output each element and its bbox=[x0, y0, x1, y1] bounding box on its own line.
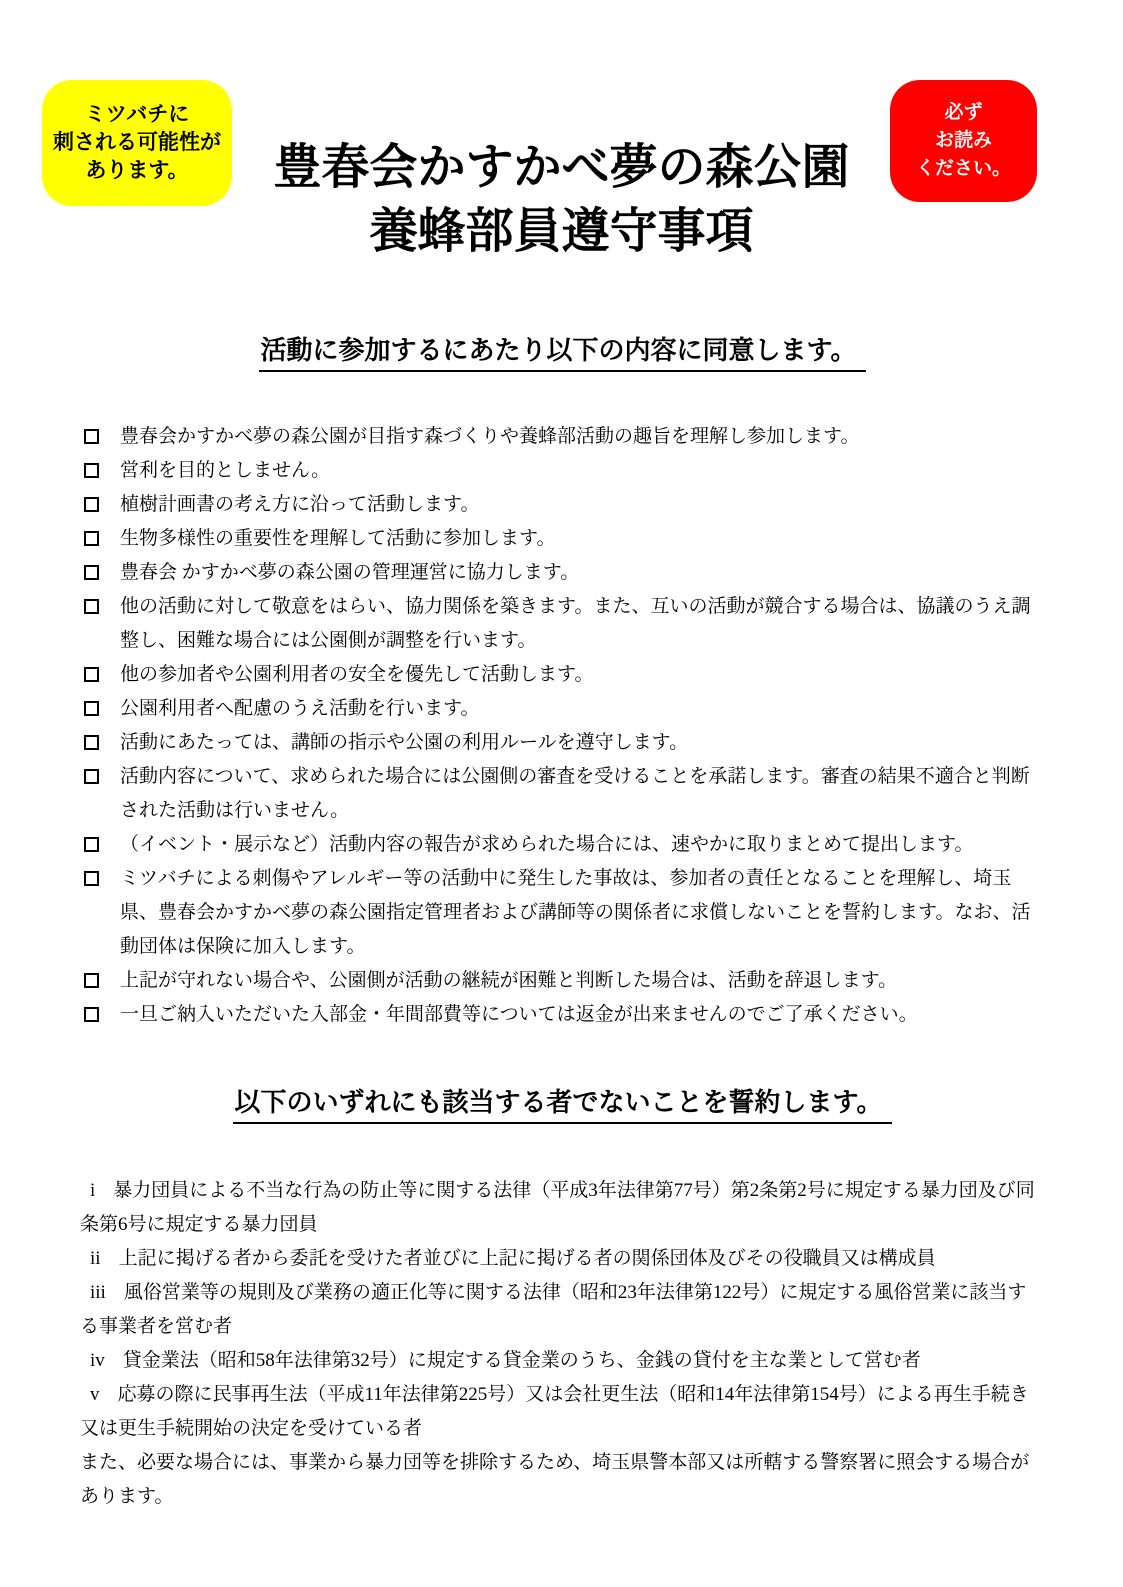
agreement-item-text: 公園利用者へ配慮のうえ活動を行います。 bbox=[120, 692, 1045, 726]
agreement-item: 営利を目的としません。 bbox=[80, 454, 1045, 488]
pledge-item-text: 貸金業法（昭和58年法律第32号）に規定する貸金業のうち、金銭の貸付を主な業とし… bbox=[123, 1350, 921, 1371]
pledge-item: ii上記に掲げる者から委託を受けた者並びに上記に掲げる者の関係団体及びその役職員… bbox=[80, 1242, 1045, 1276]
document-title-line2: 養蜂部員遵守事項 bbox=[0, 200, 1123, 264]
notice-badge-line: 必ず bbox=[944, 99, 982, 127]
agreement-item-text: 他の活動に対して敬意をはらい、協力関係を築きます。また、互いの活動が競合する場合… bbox=[120, 590, 1045, 658]
agreement-item-text: 活動内容について、求められた場合には公園側の審査を受けることを承諾します。審査の… bbox=[120, 760, 1045, 828]
pledge-heading-text: 以下のいずれにも該当する者でないことを誓約します。 bbox=[233, 1082, 893, 1124]
pledge-footnote: また、必要な場合には、事業から暴力団等を排除するため、埼玉県警本部又は所轄する警… bbox=[80, 1446, 1045, 1514]
agreement-item: 一旦ご納入いただいた入部金・年間部費等については返金が出来ませんのでご了承くださ… bbox=[80, 998, 1045, 1032]
agreement-item: 生物多様性の重要性を理解して活動に参加します。 bbox=[80, 522, 1045, 556]
notice-badge-line: ください。 bbox=[916, 155, 1011, 183]
pledge-item-numeral: i bbox=[80, 1180, 95, 1201]
document-body: 活動に参加するにあたり以下の内容に同意します。 豊春会かすかべ夢の森公園が目指す… bbox=[0, 330, 1123, 1514]
warning-badge-line: ミツバチに bbox=[85, 101, 190, 129]
checkbox-icon[interactable] bbox=[84, 837, 99, 852]
pledge-item-text: 応募の際に民事再生法（平成11年法律第225号）又は会社更生法（昭和14年法律第… bbox=[80, 1384, 1029, 1439]
agreement-checklist: 豊春会かすかべ夢の森公園が目指す森づくりや養蜂部活動の趣旨を理解し参加します。 … bbox=[80, 420, 1045, 1032]
bee-sting-warning-badge: ミツバチに 刺される可能性が あります。 bbox=[42, 80, 232, 206]
pledge-item-numeral: v bbox=[80, 1384, 100, 1405]
notice-badge-line: お読み bbox=[935, 127, 992, 155]
must-read-badge: 必ず お読み ください。 bbox=[890, 80, 1037, 202]
checkbox-icon[interactable] bbox=[84, 429, 99, 444]
checkbox-icon[interactable] bbox=[84, 1007, 99, 1022]
pledge-item-numeral: iv bbox=[80, 1350, 105, 1371]
pledge-item-numeral: ii bbox=[80, 1248, 101, 1269]
agreement-item-text: 豊春会かすかべ夢の森公園が目指す森づくりや養蜂部活動の趣旨を理解し参加します。 bbox=[120, 420, 1045, 454]
checkbox-icon[interactable] bbox=[84, 973, 99, 988]
agreement-heading-text: 活動に参加するにあたり以下の内容に同意します。 bbox=[259, 330, 867, 372]
agreement-item: 豊春会かすかべ夢の森公園が目指す森づくりや養蜂部活動の趣旨を理解し参加します。 bbox=[80, 420, 1045, 454]
agreement-item-text: 植樹計画書の考え方に沿って活動します。 bbox=[120, 488, 1045, 522]
agreement-item-text: 一旦ご納入いただいた入部金・年間部費等については返金が出来ませんのでご了承くださ… bbox=[120, 998, 1045, 1032]
agreement-item: 植樹計画書の考え方に沿って活動します。 bbox=[80, 488, 1045, 522]
agreement-item-text: 豊春会 かすかべ夢の森公園の管理運営に協力します。 bbox=[120, 556, 1045, 590]
checkbox-icon[interactable] bbox=[84, 871, 99, 886]
warning-badge-line: あります。 bbox=[85, 157, 188, 185]
document-page: ミツバチに 刺される可能性が あります。 必ず お読み ください。 豊春会かすか… bbox=[0, 0, 1123, 1587]
pledge-section-heading: 以下のいずれにも該当する者でないことを誓約します。 bbox=[80, 1082, 1045, 1124]
agreement-item-text: （イベント・展示など）活動内容の報告が求められた場合には、速やかに取りまとめて提… bbox=[120, 828, 1045, 862]
agreement-item-text: ミツバチによる刺傷やアレルギー等の活動中に発生した事故は、参加者の責任となること… bbox=[120, 862, 1045, 964]
checkbox-icon[interactable] bbox=[84, 599, 99, 614]
checkbox-icon[interactable] bbox=[84, 463, 99, 478]
agreement-item: 公園利用者へ配慮のうえ活動を行います。 bbox=[80, 692, 1045, 726]
agreement-item-text: 営利を目的としません。 bbox=[120, 454, 1045, 488]
checkbox-icon[interactable] bbox=[84, 769, 99, 784]
agreement-item-text: 活動にあたっては、講師の指示や公園の利用ルールを遵守します。 bbox=[120, 726, 1045, 760]
agreement-item: 上記が守れない場合や、公園側が活動の継続が困難と判断した場合は、活動を辞退します… bbox=[80, 964, 1045, 998]
pledge-item-text: 上記に掲げる者から委託を受けた者並びに上記に掲げる者の関係団体及びその役職員又は… bbox=[119, 1248, 936, 1269]
agreement-item: （イベント・展示など）活動内容の報告が求められた場合には、速やかに取りまとめて提… bbox=[80, 828, 1045, 862]
pledge-list: i暴力団員による不当な行為の防止等に関する法律（平成3年法律第77号）第2条第2… bbox=[80, 1174, 1045, 1514]
agreement-item: 活動内容について、求められた場合には公園側の審査を受けることを承諾します。審査の… bbox=[80, 760, 1045, 828]
agreement-item: 活動にあたっては、講師の指示や公園の利用ルールを遵守します。 bbox=[80, 726, 1045, 760]
pledge-item: iv貸金業法（昭和58年法律第32号）に規定する貸金業のうち、金銭の貸付を主な業… bbox=[80, 1344, 1045, 1378]
agreement-item-text: 上記が守れない場合や、公園側が活動の継続が困難と判断した場合は、活動を辞退します… bbox=[120, 964, 1045, 998]
agreement-item-text: 他の参加者や公園利用者の安全を優先して活動します。 bbox=[120, 658, 1045, 692]
checkbox-icon[interactable] bbox=[84, 497, 99, 512]
warning-badge-line: 刺される可能性が bbox=[53, 129, 221, 157]
agreement-item: 他の活動に対して敬意をはらい、協力関係を築きます。また、互いの活動が競合する場合… bbox=[80, 590, 1045, 658]
agreement-section-heading: 活動に参加するにあたり以下の内容に同意します。 bbox=[80, 330, 1045, 372]
pledge-item: i暴力団員による不当な行為の防止等に関する法律（平成3年法律第77号）第2条第2… bbox=[80, 1174, 1045, 1242]
checkbox-icon[interactable] bbox=[84, 701, 99, 716]
agreement-item: ミツバチによる刺傷やアレルギー等の活動中に発生した事故は、参加者の責任となること… bbox=[80, 862, 1045, 964]
pledge-item: iii風俗営業等の規則及び業務の適正化等に関する法律（昭和23年法律第122号）… bbox=[80, 1276, 1045, 1344]
checkbox-icon[interactable] bbox=[84, 667, 99, 682]
checkbox-icon[interactable] bbox=[84, 531, 99, 546]
pledge-item-text: 風俗営業等の規則及び業務の適正化等に関する法律（昭和23年法律第122号）に規定… bbox=[80, 1282, 1026, 1337]
agreement-item: 他の参加者や公園利用者の安全を優先して活動します。 bbox=[80, 658, 1045, 692]
agreement-item-text: 生物多様性の重要性を理解して活動に参加します。 bbox=[120, 522, 1045, 556]
pledge-item-numeral: iii bbox=[80, 1282, 106, 1303]
pledge-item-text: 暴力団員による不当な行為の防止等に関する法律（平成3年法律第77号）第2条第2号… bbox=[80, 1180, 1035, 1235]
checkbox-icon[interactable] bbox=[84, 565, 99, 580]
checkbox-icon[interactable] bbox=[84, 735, 99, 750]
pledge-item: v応募の際に民事再生法（平成11年法律第225号）又は会社更生法（昭和14年法律… bbox=[80, 1378, 1045, 1446]
agreement-item: 豊春会 かすかべ夢の森公園の管理運営に協力します。 bbox=[80, 556, 1045, 590]
